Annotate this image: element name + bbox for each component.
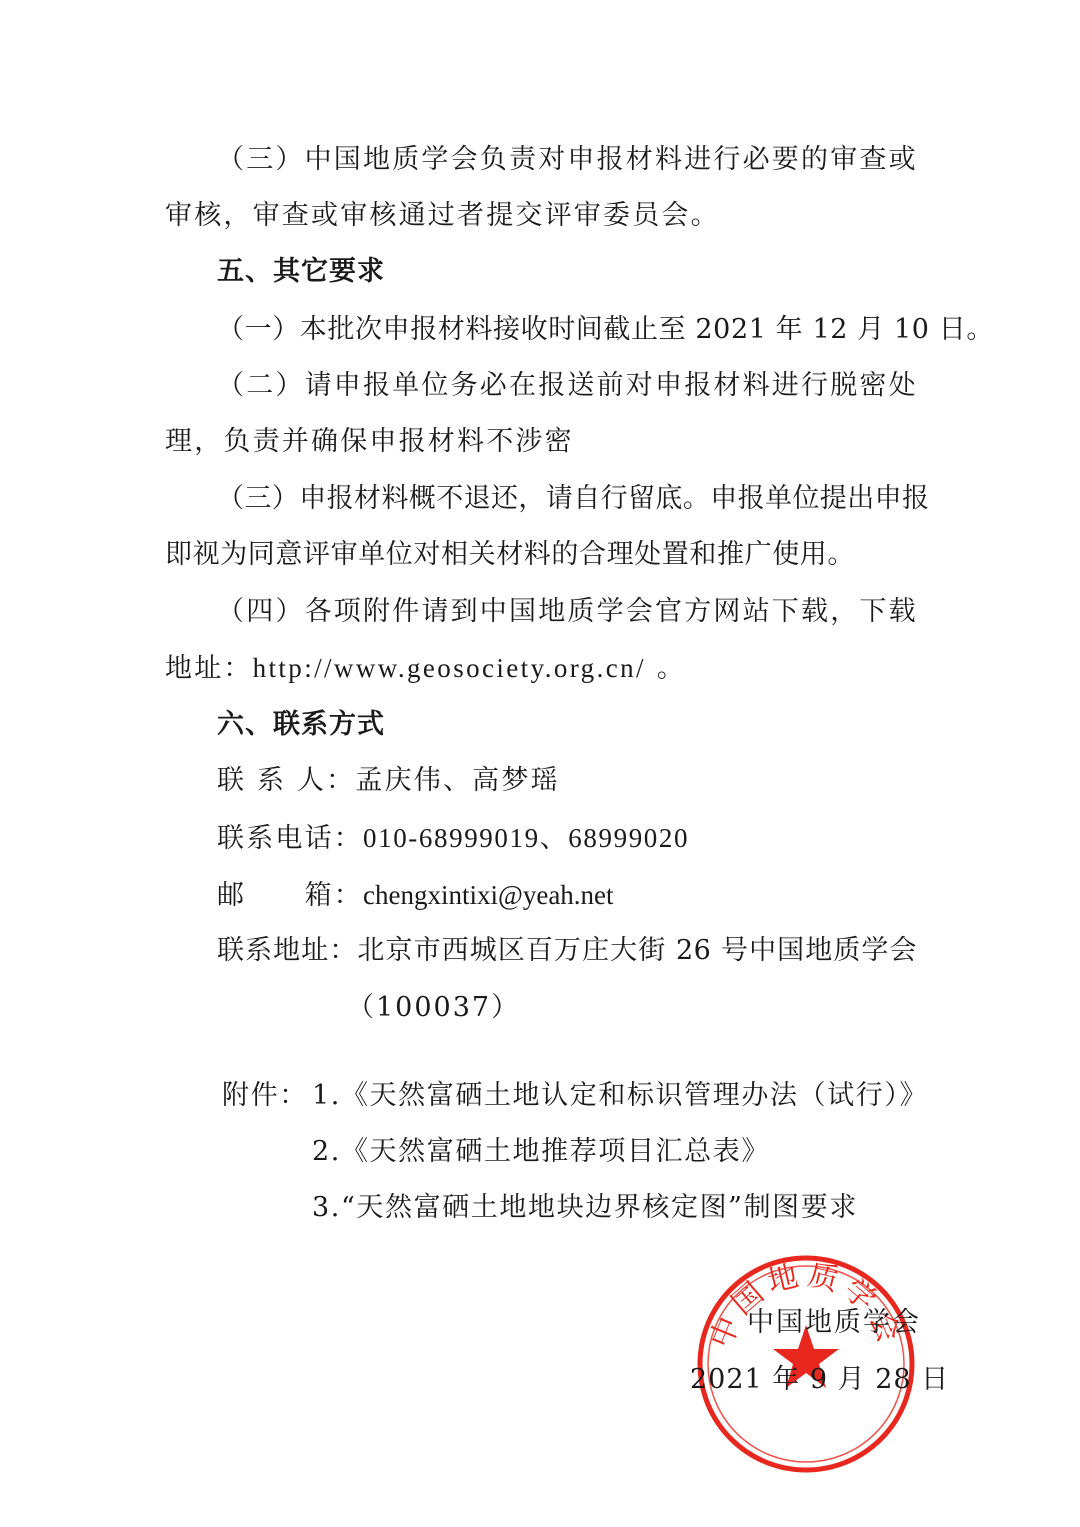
contact-phone-row: 联系电话：010-68999019、68999020: [217, 820, 917, 857]
address-label: 地址：: [165, 653, 253, 684]
paragraph-line: 理，负责并确保申报材料不涉密: [165, 424, 917, 460]
section-heading-contact: 六、联系方式: [217, 707, 917, 743]
contact-address-row: 联系地址：北京市西城区百万庄大街 26 号中国地质学会: [217, 933, 917, 969]
paragraph-line: 审核，审查或审核通过者提交评审委员会。: [165, 198, 917, 234]
signature-org: 中国地质学会: [747, 1305, 921, 1341]
paragraph-line: （三）中国地质学会负责对申报材料进行必要的审查或: [217, 142, 917, 178]
contact-person-value: 孟庆伟、高梦瑶: [355, 765, 559, 796]
paragraph-line: （一）本批次申报材料接收时间截止至 2021 年 12 月 10 日。: [217, 312, 917, 348]
paragraph-line: （三）申报材料概不退还，请自行留底。申报单位提出申报: [217, 481, 917, 517]
contact-address-label: 联系地址：: [217, 935, 357, 966]
paragraph-line: （四）各项附件请到中国地质学会官方网站下载，下载: [217, 594, 917, 630]
contact-email-link[interactable]: chengxintixi@yeah.net: [363, 880, 614, 910]
contact-person-row: 联 系 人：孟庆伟、高梦瑶: [217, 763, 917, 799]
paragraph-line: 地址：http://www.geosociety.org.cn/ 。: [165, 650, 917, 687]
signature-date: 2021 年 9 月 28 日: [690, 1362, 949, 1398]
attachments-label: 附件：: [222, 1078, 308, 1114]
postal-code: （100037）: [347, 990, 1080, 1026]
contact-phone-value: 010-68999019、68999020: [363, 823, 689, 853]
contact-email-row: 邮 箱：chengxintixi@yeah.net: [217, 877, 917, 914]
attachment-item-3: 3.“天然富硒土地地块边界核定图”制图要求: [312, 1190, 858, 1226]
section-heading-other-requirements: 五、其它要求: [217, 254, 917, 290]
contact-email-label: 邮 箱：: [217, 878, 363, 914]
attachment-item-2: 2.《天然富硒土地推荐项目汇总表》: [312, 1134, 770, 1170]
attachment-item-1: 1.《天然富硒土地认定和标识管理办法（试行）》: [312, 1078, 928, 1114]
contact-phone-label: 联系电话：: [217, 821, 363, 857]
paragraph-line: 即视为同意评审单位对相关材料的合理处置和推广使用。: [165, 537, 917, 573]
contact-address-value: 北京市西城区百万庄大街 26 号中国地质学会: [357, 935, 917, 966]
website-link[interactable]: http://www.geosociety.org.cn/: [253, 653, 646, 683]
document-page: （三）中国地质学会负责对申报材料进行必要的审查或 审核，审查或审核通过者提交评审…: [0, 0, 1080, 1527]
period: 。: [646, 653, 686, 684]
contact-person-label: 联 系 人：: [217, 763, 355, 799]
paragraph-line: （二）请申报单位务必在报送前对申报材料进行脱密处: [217, 368, 917, 404]
